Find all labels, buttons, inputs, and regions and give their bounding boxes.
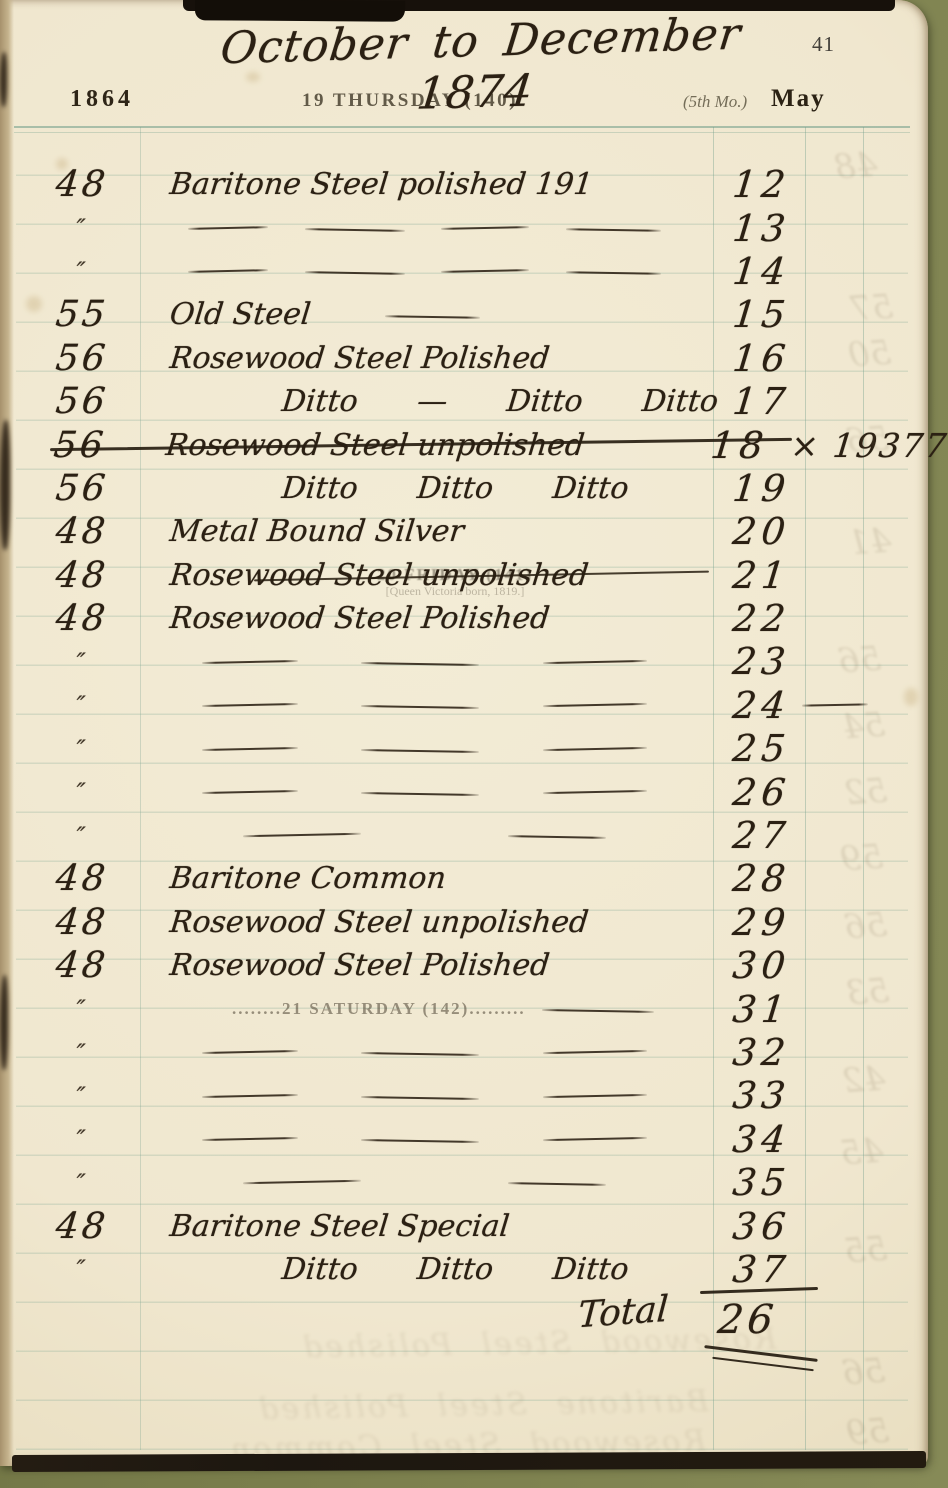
handwritten-dash — [243, 1180, 361, 1185]
day-cell: 28 — [713, 857, 810, 900]
day-number: 32 — [731, 1031, 793, 1074]
bleedthrough-ghost-number: 50 — [847, 333, 893, 376]
margin-cell — [810, 380, 948, 423]
day-cell: 30 — [713, 944, 810, 987]
description-text: Rosewood Steel unpolished — [168, 905, 590, 940]
bleedthrough-ghost-number: 45 — [839, 1131, 885, 1174]
handwritten-dash — [202, 660, 298, 664]
quantity-value: 48 — [54, 598, 110, 639]
margin-cell — [810, 163, 948, 206]
quantity-cell: 56 — [0, 337, 142, 380]
quantity-value: 56 — [54, 381, 110, 422]
quantity-value: ″ — [75, 214, 90, 242]
description-text: Baritone Common — [168, 861, 448, 896]
day-cell: 25 — [713, 727, 810, 770]
day-number: 13 — [731, 207, 793, 250]
handwritten-dash — [441, 269, 529, 273]
quantity-cell: 48 — [0, 1204, 142, 1247]
quantity-cell: ″ — [0, 206, 142, 249]
book-top-edge-thick — [195, 0, 405, 22]
quantity-cell: 48 — [0, 554, 142, 597]
handwritten-dash — [543, 703, 647, 708]
description-cell: Baritone Steel polished 191 — [142, 163, 713, 206]
day-cell: 15 — [713, 293, 810, 336]
bleedthrough-ghost-number: 56 — [845, 419, 891, 462]
ledger-row: ″33 — [0, 1074, 948, 1117]
handwritten-dash — [361, 1096, 479, 1100]
ledger-row: ″24 — [0, 684, 948, 727]
day-cell: 19 — [713, 467, 810, 510]
description-cell: Rosewood Steel Polished — [142, 944, 713, 987]
day-cell: 34 — [713, 1118, 810, 1161]
printed-diary-heading: ........21 SATURDAY (142)......... — [232, 999, 526, 1019]
quantity-value: ″ — [75, 257, 90, 285]
handwritten-dash — [202, 703, 298, 707]
day-number: 37 — [731, 1248, 793, 1291]
quantity-value: 55 — [54, 294, 110, 335]
description-text: Baritone Steel polished 191 — [168, 167, 594, 202]
handwritten-dash — [202, 790, 298, 794]
quantity-value: ″ — [75, 648, 90, 676]
handwritten-dash — [543, 746, 647, 751]
day-number: 22 — [731, 597, 793, 640]
bleedthrough-ghost-number: 41 — [847, 521, 893, 564]
quantity-value: ″ — [75, 1082, 90, 1110]
quantity-value: ″ — [75, 822, 90, 850]
quantity-value: ″ — [75, 691, 90, 719]
ledger-row: 55Old Steel15 — [0, 293, 948, 336]
foxing-spot — [246, 72, 260, 82]
handwritten-dash — [361, 1052, 479, 1056]
description-cell — [142, 1074, 713, 1117]
quantity-cell: 48 — [0, 510, 142, 553]
day-number: 34 — [731, 1118, 793, 1161]
quantity-value: ″ — [75, 1255, 90, 1283]
ledger-row: 4820 FRIDAY (141)[Queen Victoria born, 1… — [0, 554, 948, 597]
handwritten-dash — [543, 1050, 647, 1055]
day-cell: 31 — [713, 987, 810, 1030]
description-text: Metal Bound Silver — [168, 514, 466, 549]
handwritten-dash — [566, 271, 661, 275]
printed-page-number: 41 — [812, 32, 835, 57]
quantity-cell: 48 — [0, 944, 142, 987]
day-cell: 32 — [713, 1031, 810, 1074]
quantity-cell: 48 — [0, 163, 142, 206]
day-cell: 20 — [713, 510, 810, 553]
handwritten-dash — [361, 792, 479, 796]
handwritten-dash — [543, 1094, 647, 1099]
description-cell: 20 FRIDAY (141)[Queen Victoria born, 181… — [142, 554, 713, 597]
day-number: 31 — [731, 988, 793, 1031]
day-number: 29 — [731, 901, 793, 944]
quantity-cell: ″ — [0, 987, 142, 1030]
quantity-value: 48 — [54, 555, 110, 596]
ledger-row: 48Baritone Common28 — [0, 857, 948, 900]
quantity-value: 48 — [54, 945, 110, 986]
handwritten-dash — [542, 1009, 654, 1013]
description-cell: Old Steel — [142, 293, 713, 336]
quantity-cell: ″ — [0, 684, 142, 727]
day-number: 36 — [731, 1205, 793, 1248]
quantity-value: 56 — [52, 425, 108, 466]
bleedthrough-ghost-number: 54 — [841, 705, 887, 748]
description-cell — [142, 727, 713, 770]
day-number: 26 — [731, 771, 793, 814]
ledger-row: ″35 — [0, 1161, 948, 1204]
ledger-rows: 48Baritone Steel polished 19112″13″1455O… — [0, 163, 948, 1291]
day-cell: 21 — [713, 554, 810, 597]
handwritten-dash — [361, 749, 479, 753]
handwritten-dash — [243, 833, 361, 838]
quantity-value: ″ — [75, 1039, 90, 1067]
quantity-value: 56 — [54, 468, 110, 509]
description-cell: Rosewood Steel Polished — [142, 597, 713, 640]
handwritten-title: October to December 1874 — [152, 7, 803, 127]
bleedthrough-ghost-number: 53 — [845, 971, 891, 1014]
ledger-row: 48Baritone Steel Special36 — [0, 1204, 948, 1247]
handwritten-dash — [202, 1137, 298, 1141]
handwritten-dash — [188, 269, 268, 273]
diary-page: 41 1864 19 THURSDAY (140) (5th Mo.) May … — [0, 0, 928, 1466]
ledger-row: ″23 — [0, 640, 948, 683]
description-text: Rosewood Steel Polished — [168, 601, 551, 636]
ledger-row: 56Rosewood Steel Polished16 — [0, 337, 948, 380]
foxing-spot — [904, 688, 918, 706]
quantity-value: 48 — [54, 164, 110, 205]
description-cell: Rosewood Steel Polished — [142, 337, 713, 380]
description-cell: Ditto Ditto Ditto — [142, 467, 713, 510]
header-rule — [14, 126, 910, 128]
day-number: 21 — [731, 554, 793, 597]
day-number: 17 — [731, 380, 793, 423]
ledger-row: 48Metal Bound Silver20 — [0, 510, 948, 553]
quantity-cell: 56 — [0, 467, 142, 510]
quantity-cell: ″ — [0, 770, 142, 813]
ledger-row: ″13 — [0, 206, 948, 249]
day-number: 16 — [731, 337, 793, 380]
ledger-row: 48Baritone Steel polished 19112 — [0, 163, 948, 206]
day-number: 25 — [731, 727, 793, 770]
description-cell — [142, 770, 713, 813]
ledger-row: ″14 — [0, 250, 948, 293]
description-text: Ditto Ditto Ditto — [168, 1252, 630, 1287]
bleedthrough-ghost-number: 56 — [841, 1351, 887, 1394]
scanned-diary-page: 41 1864 19 THURSDAY (140) (5th Mo.) May … — [0, 0, 948, 1488]
description-cell: Rosewood Steel unpolished — [142, 901, 713, 944]
bleedthrough-ghost-number: 56 — [837, 639, 883, 682]
handwritten-dash — [508, 836, 606, 840]
binding-stain — [0, 975, 8, 1070]
ledger-row: ″26 — [0, 770, 948, 813]
ledger-row: 56Ditto Ditto Ditto19 — [0, 467, 948, 510]
day-number: 28 — [731, 857, 793, 900]
description-cell: Ditto Ditto Ditto — [142, 1248, 713, 1291]
handwritten-dash — [508, 1183, 606, 1187]
description-cell: Metal Bound Silver — [142, 510, 713, 553]
quantity-value: 48 — [54, 511, 110, 552]
day-number: 14 — [731, 250, 793, 293]
description-cell — [142, 1031, 713, 1074]
quantity-value: 48 — [54, 1206, 110, 1247]
quantity-value: ″ — [75, 1125, 90, 1153]
day-number: 35 — [731, 1161, 793, 1204]
quantity-cell: ″ — [0, 1031, 142, 1074]
binding-stain — [0, 420, 10, 550]
ledger-row: ″........21 SATURDAY (142).........31 — [0, 987, 948, 1030]
handwritten-dash — [543, 660, 647, 665]
description-cell: ........21 SATURDAY (142)......... — [142, 987, 713, 1030]
description-text: Baritone Steel Special — [168, 1209, 511, 1244]
day-number: 15 — [731, 293, 793, 336]
day-number: 19 — [731, 467, 793, 510]
description-cell: Baritone Common — [142, 857, 713, 900]
handwritten-dash — [188, 226, 268, 230]
quantity-cell: 56 — [0, 380, 142, 423]
quantity-cell: ″ — [0, 1248, 142, 1291]
quantity-cell: ″ — [0, 250, 142, 293]
day-cell: 33 — [713, 1074, 810, 1117]
description-cell — [142, 1118, 713, 1161]
description-text: Old Steel — [168, 297, 312, 332]
handwritten-dash — [385, 315, 480, 319]
ledger-row: 48Rosewood Steel unpolished29 — [0, 901, 948, 944]
description-text: Ditto — Ditto Ditto — [168, 384, 720, 419]
handwritten-dash — [361, 662, 479, 666]
handwritten-dash — [202, 1050, 298, 1054]
day-cell: 13 — [713, 206, 810, 249]
bleedthrough-ghost-number: 42 — [841, 1059, 887, 1102]
description-cell: Baritone Steel Special — [142, 1204, 713, 1247]
ledger-row: ″25 — [0, 727, 948, 770]
day-cell: 14 — [713, 250, 810, 293]
quantity-cell: 48 — [0, 597, 142, 640]
day-cell: 12 — [713, 163, 810, 206]
margin-cell — [810, 206, 948, 249]
day-number: 12 — [731, 163, 793, 206]
margin-cell — [810, 597, 948, 640]
quantity-cell: 48 — [0, 901, 142, 944]
day-cell: 26 — [713, 770, 810, 813]
bleedthrough-ghost-number: 56 — [843, 905, 889, 948]
quantity-cell: 55 — [0, 293, 142, 336]
day-cell: 18 — [693, 423, 787, 466]
day-number: 30 — [731, 944, 793, 987]
ledger-row: 56Ditto — Ditto Ditto17 — [0, 380, 948, 423]
description-text: Rosewood Steel Polished — [168, 948, 551, 983]
foxing-spot — [56, 158, 68, 170]
handwritten-dash — [543, 1137, 647, 1142]
handwritten-dash — [566, 228, 661, 232]
ledger-row: ″34 — [0, 1118, 948, 1161]
ledger-row: ″32 — [0, 1031, 948, 1074]
printed-year: 1864 — [70, 86, 134, 113]
day-cell: 16 — [713, 337, 810, 380]
day-number: 23 — [731, 640, 793, 683]
quantity-cell: ″ — [0, 814, 142, 857]
quantity-cell: ″ — [0, 1118, 142, 1161]
quantity-cell: 56 — [0, 423, 138, 466]
description-cell — [142, 814, 713, 857]
quantity-value: 56 — [54, 338, 110, 379]
handwritten-dash — [202, 1094, 298, 1098]
day-cell: 37 — [713, 1248, 810, 1291]
margin-cell — [810, 467, 948, 510]
description-text: Ditto Ditto Ditto — [168, 471, 630, 506]
day-cell: 24 — [713, 684, 810, 727]
quantity-cell: ″ — [0, 1161, 142, 1204]
description-cell: Ditto — Ditto Ditto — [142, 380, 713, 423]
description-cell — [142, 206, 713, 249]
handwritten-dash — [305, 271, 405, 275]
day-cell: 36 — [713, 1204, 810, 1247]
quantity-value: 48 — [54, 902, 110, 943]
handwritten-dash — [543, 790, 647, 795]
description-cell — [142, 1161, 713, 1204]
ledger-row: ″Ditto Ditto Ditto37 — [0, 1248, 948, 1291]
header-rule-2 — [14, 132, 910, 133]
day-number: 33 — [731, 1074, 793, 1117]
quantity-cell: 48 — [0, 857, 142, 900]
quantity-value: ″ — [75, 1169, 90, 1197]
day-cell: 27 — [713, 814, 810, 857]
bleedthrough-ghost-number: 52 — [843, 771, 889, 814]
ledger-row: 56Rosewood Steel unpolished18× 19377 — [0, 423, 948, 466]
day-number: 24 — [731, 684, 793, 727]
bleedthrough-ghost-number: 55 — [843, 1229, 889, 1272]
ledger-row: 48Rosewood Steel Polished22 — [0, 597, 948, 640]
bleedthrough-ghost-number: 59 — [839, 837, 885, 880]
quantity-cell: ″ — [0, 1074, 142, 1117]
bleedthrough-ghost-number: 57 — [849, 287, 895, 330]
book-bottom-edge — [12, 1451, 926, 1472]
description-cell — [142, 640, 713, 683]
day-number: 20 — [731, 510, 793, 553]
description-text: Rosewood Steel Polished — [168, 341, 551, 376]
day-number: 27 — [731, 814, 793, 857]
day-cell: 23 — [713, 640, 810, 683]
handwritten-dash — [361, 705, 479, 709]
quantity-value: 48 — [54, 858, 110, 899]
day-cell: 35 — [713, 1161, 810, 1204]
binding-stain — [0, 52, 7, 107]
handwritten-dash — [305, 228, 405, 232]
ledger-row: 48Rosewood Steel Polished30 — [0, 944, 948, 987]
quantity-value: ″ — [75, 995, 90, 1023]
ledger-row: ″27 — [0, 814, 948, 857]
handwritten-dash — [441, 226, 529, 230]
day-cell: 17 — [713, 380, 810, 423]
day-number: 18 — [709, 424, 771, 467]
quantity-value: ″ — [75, 778, 90, 806]
quantity-cell: ″ — [0, 727, 142, 770]
handwritten-dash — [361, 1139, 479, 1143]
bleedthrough-ghost-number: 59 — [845, 1411, 891, 1454]
quantity-value: ″ — [75, 735, 90, 763]
day-cell: 22 — [713, 597, 810, 640]
binding-edge — [0, 0, 14, 1466]
bleedthrough-ghost-number: 48 — [833, 145, 879, 188]
day-cell: 29 — [713, 901, 810, 944]
foxing-spot — [26, 296, 42, 312]
description-cell — [142, 684, 713, 727]
description-cell — [142, 250, 713, 293]
quantity-cell: ″ — [0, 640, 142, 683]
handwritten-dash — [202, 747, 298, 751]
